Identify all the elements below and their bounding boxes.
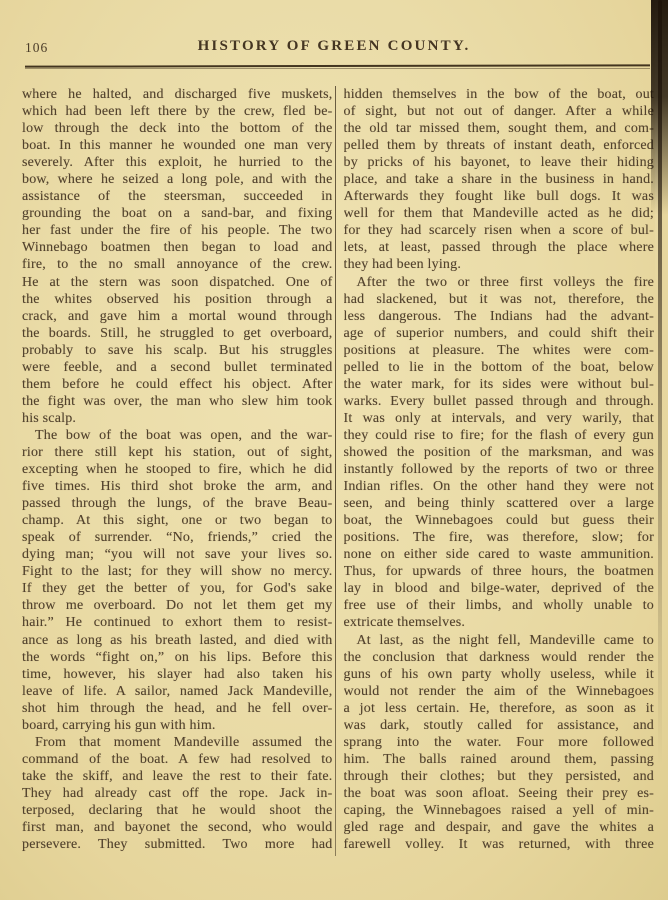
text-line: they could rise to fire; for the flash o… <box>344 427 655 444</box>
text-line: champ. At this sight, one or two began t… <box>22 512 333 529</box>
text-line: seen, and being thinly scattered over a … <box>344 495 655 512</box>
text-line: lets, at least, passed through the place… <box>344 239 655 256</box>
text-line: hidden themselves in the bow of the boat… <box>344 86 655 103</box>
text-line: time, however, his slayer had also taken… <box>22 666 333 683</box>
book-gutter-line <box>658 0 662 790</box>
text-line: low through the deck into the bottom of … <box>22 120 333 137</box>
text-line: fire, to the no small annoyance of the c… <box>22 256 333 273</box>
text-line: dying man; “you will not save your lives… <box>22 546 333 563</box>
header-rule <box>25 65 650 70</box>
text-line: none on either side cared to waste ammun… <box>344 546 655 563</box>
text-line: gled rage and despair, and gave the whit… <box>344 819 655 836</box>
text-line: rior there still kept his station, out o… <box>22 444 333 461</box>
text-line: farewell volley. It was returned, with t… <box>344 836 655 853</box>
text-line: Indian rifles. On the other hand they we… <box>344 478 655 495</box>
text-line: pelled them by threats of instant death,… <box>344 137 655 154</box>
text-line: excepting when he stooped to fire, which… <box>22 461 333 478</box>
text-line: showed the position of the marksman, and… <box>344 444 655 461</box>
text-line: leave of life. A sailor, named Jack Mand… <box>22 683 333 700</box>
text-line: guns of his own party wholly useless, wh… <box>344 666 655 683</box>
text-line: the water mark, for its sides were witho… <box>344 376 655 393</box>
text-line: were feeble, and a second bullet termina… <box>22 359 333 376</box>
text-line: caping, the Winnebagoes raised a yell of… <box>344 802 655 819</box>
text-line: Thus, for upwards of three hours, the bo… <box>344 563 655 580</box>
text-line: the whites observed his position through… <box>22 291 333 308</box>
text-line: take the skiff, and leave the rest to th… <box>22 768 333 785</box>
text-line: command of the boat. A few had resolved … <box>22 751 333 768</box>
text-line: which had been left there by the crew, f… <box>22 103 333 120</box>
text-line: shot him through the head, and he fell o… <box>22 700 333 717</box>
text-line: the conclusion that darkness would rende… <box>344 649 655 666</box>
text-line: warks. Every bullet passed through and t… <box>344 393 655 410</box>
text-line: through their clothes; but they persiste… <box>344 768 655 785</box>
text-line: It was only at intervals, and very waril… <box>344 410 655 427</box>
text-line: speak of surrender. “No, friends,” cried… <box>22 529 333 546</box>
page-header: 106 HISTORY OF GREEN COUNTY. <box>0 38 668 58</box>
text-line: they had been lying. <box>344 256 655 273</box>
text-line: boat. In this manner he wounded one man … <box>22 137 333 154</box>
text-line: assistance of the steersman, succeeded i… <box>22 188 333 205</box>
text-line: by pricks of his bayonet, to leave their… <box>344 154 655 171</box>
text-line: her fast under the fire of his people. T… <box>22 222 333 239</box>
text-columns: where he halted, and discharged five mus… <box>22 86 654 858</box>
text-line: of sight, but not out of danger. After a… <box>344 103 655 120</box>
text-line: From that moment Mandeville assumed the <box>22 734 333 751</box>
text-line: where he halted, and discharged five mus… <box>22 86 333 103</box>
text-line: the boat was soon afloat. Seeing their p… <box>344 785 655 802</box>
text-line: Afterwards they fought like bull dogs. I… <box>344 188 655 205</box>
text-line: the words “fight on,” on his lips. Befor… <box>22 649 333 666</box>
text-line: sprang into the water. Four more followe… <box>344 734 655 751</box>
text-line: They had already cast off the rope. Jack… <box>22 785 333 802</box>
text-line: persevere. They submitted. Two more had <box>22 836 333 853</box>
text-line: crack, and gave him a mortal wound throu… <box>22 308 333 325</box>
text-line: a jot less certain. He, therefore, as so… <box>344 700 655 717</box>
text-line: grounding the boat on a sand-bar, and fi… <box>22 205 333 222</box>
text-line: boat, the Winnebagoes could but guess th… <box>344 512 655 529</box>
text-line: Winnebago boatmen then began to load and <box>22 239 333 256</box>
text-line: would not render the aim of the Winnebag… <box>344 683 655 700</box>
text-line: pelled to lie in the bottom of the boat,… <box>344 359 655 376</box>
text-line: board, carrying his gun with him. <box>22 717 333 734</box>
text-line: extricate themselves. <box>344 614 655 631</box>
text-line: the boards. Still, he struggled to get o… <box>22 325 333 342</box>
text-line: well for them that Mandeville acted as h… <box>344 205 655 222</box>
text-line: After the two or three first volleys the… <box>344 274 655 291</box>
text-line: severely. After this exploit, he hurried… <box>22 154 333 171</box>
text-line: He at the stern was soon dispatched. One… <box>22 274 333 291</box>
text-line: The bow of the boat was open, and the wa… <box>22 427 333 444</box>
text-line: terposed, declaring that he would shoot … <box>22 802 333 819</box>
text-line: If they get the better of you, for God's… <box>22 580 333 597</box>
text-line: had slackened, but it was not, therefore… <box>344 291 655 308</box>
text-line: the old tar missed them, sought them, an… <box>344 120 655 137</box>
text-line: probably to save his scalp. But his stru… <box>22 342 333 359</box>
text-line: Fight to the last; for they will show no… <box>22 563 333 580</box>
column-divider <box>335 86 336 856</box>
text-line: first man, and bayonet the second, who w… <box>22 819 333 836</box>
text-line: him. The balls rained around them, passi… <box>344 751 655 768</box>
text-line: them before he could effect his object. … <box>22 376 333 393</box>
page-title: HISTORY OF GREEN COUNTY. <box>0 38 668 55</box>
text-line: age of superior numbers, and could shift… <box>344 325 655 342</box>
text-line: bow, where he seized a long pole, and wi… <box>22 171 333 188</box>
text-line: positions. The fire, was therefore, slow… <box>344 529 655 546</box>
text-line: throw me overboard. Do not let them get … <box>22 597 333 614</box>
text-line: hair.” He continued to exhort them to re… <box>22 614 333 631</box>
left-column: where he halted, and discharged five mus… <box>22 86 333 858</box>
text-line: ance as long as his breath lasted, and d… <box>22 632 333 649</box>
text-line: free use of their limbs, and wholly unab… <box>344 597 655 614</box>
text-line: passed through the lungs, of the brave B… <box>22 495 333 512</box>
book-page: 106 HISTORY OF GREEN COUNTY. where he ha… <box>0 0 668 900</box>
text-line: his scalp. <box>22 410 333 427</box>
text-line: lay in blood and bilge-water, deprived o… <box>344 580 655 597</box>
text-line: was dark, stoutly called for assistance,… <box>344 717 655 734</box>
text-line: the fight was over, the man who slew him… <box>22 393 333 410</box>
text-line: positions at pleasure. The whites were c… <box>344 342 655 359</box>
text-line: At last, as the night fell, Mandeville c… <box>344 632 655 649</box>
text-line: less dangerous. The Indians had the adva… <box>344 308 655 325</box>
text-line: instantly followed by the reports of two… <box>344 461 655 478</box>
text-line: for they had scarcely risen when a score… <box>344 222 655 239</box>
text-line: place, and take a share in the business … <box>344 171 655 188</box>
text-line: five times. His third shot broke the arm… <box>22 478 333 495</box>
right-column: hidden themselves in the bow of the boat… <box>344 86 655 858</box>
